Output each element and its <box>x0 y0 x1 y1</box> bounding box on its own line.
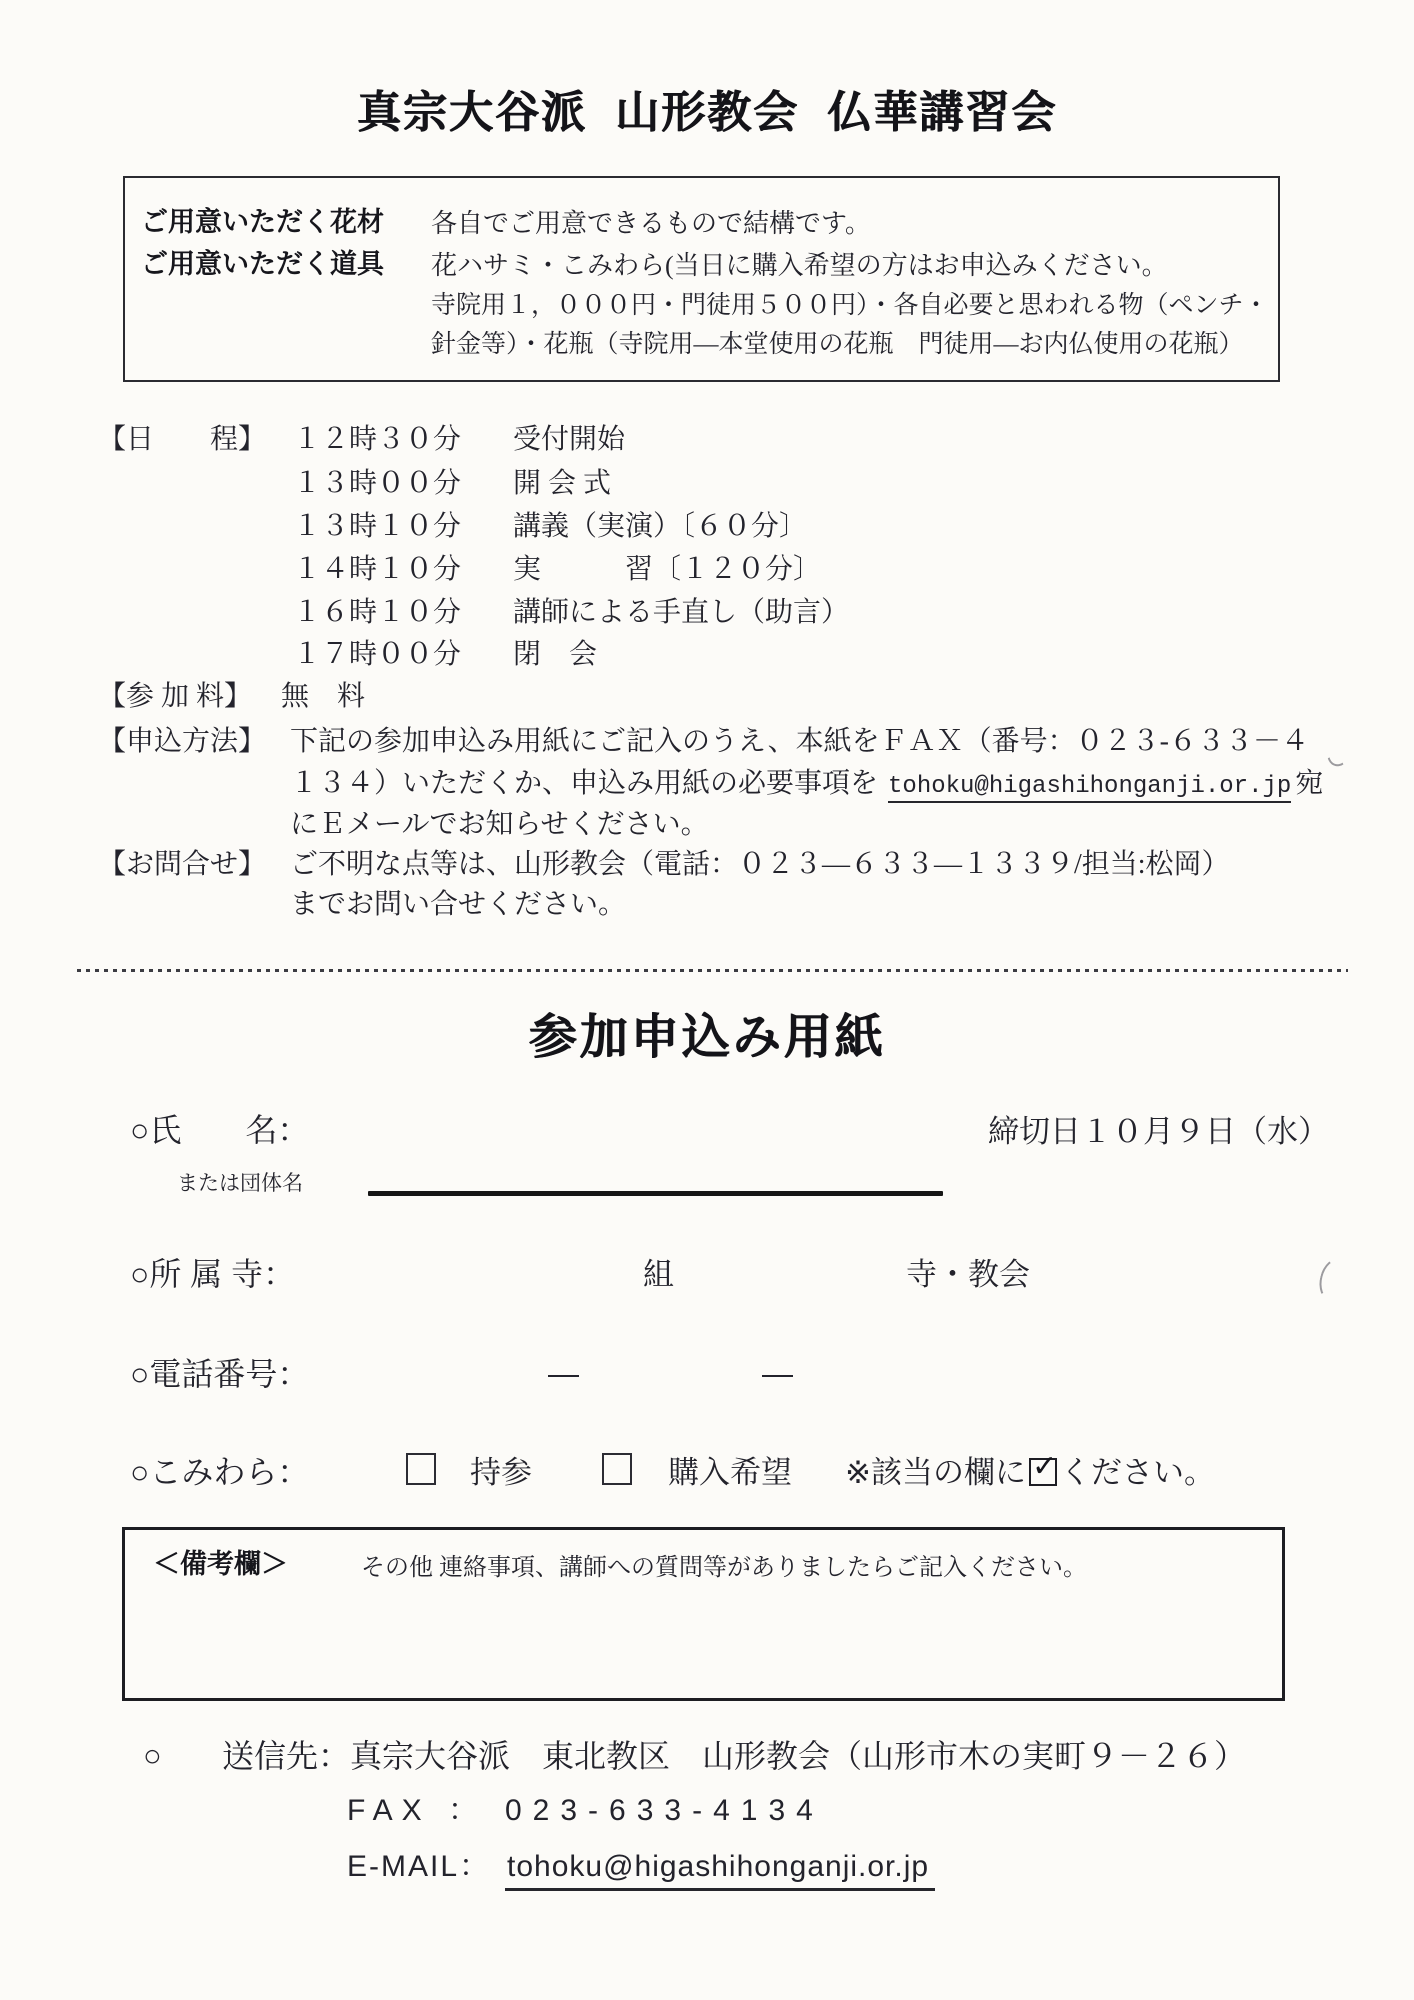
scan-artifact <box>1322 726 1360 771</box>
temple-unit-tera: 寺・教会 <box>906 1257 1030 1293</box>
materials-row3-text: 寺院用１，０００円・門徒用５００円）・各自必要と思われる物（ペンチ・ <box>431 292 1269 321</box>
schedule-item: 講師による手直し（助言） <box>513 597 849 629</box>
schedule-time: １３時００分 <box>293 468 461 500</box>
schedule-item: 開 会 式 <box>513 468 611 500</box>
materials-row1-text: 各自でご用意できるもので結構です。 <box>431 209 871 239</box>
inquiry-label: 【お問合せ】 <box>98 849 266 881</box>
cut-line-separator <box>77 969 1348 972</box>
schedule-time: １７時００分 <box>293 639 461 671</box>
name-alt-label: または団体名 <box>177 1172 303 1196</box>
apply-line3: にＥメールでお知らせください。 <box>290 809 709 841</box>
remarks-instruction: その他 連絡事項、講師への質問等がありましたらご記入ください。 <box>361 1555 1087 1583</box>
remarks-box: ＜備考欄＞ その他 連絡事項、講師への質問等がありましたらご記入ください。 <box>122 1527 1285 1701</box>
materials-row2-label: ご用意いただく道具 <box>141 249 384 280</box>
checkbox-instruction: ※該当の欄に✓ください。 <box>845 1455 1215 1491</box>
materials-box: ご用意いただく花材 各自でご用意できるもので結構です。 ご用意いただく道具 花ハ… <box>123 176 1280 382</box>
phone-field-label: ○電話番号： <box>130 1356 309 1393</box>
schedule-item: 講義（実演）〔６０分〕 <box>513 511 807 543</box>
schedule-item: 受付開始 <box>513 424 625 456</box>
materials-row2-text: 花ハサミ・こみわら(当日に購入希望の方はお申込みください。 <box>431 251 1168 281</box>
instruction-post: ください。 <box>1060 1455 1215 1490</box>
apply-line2-pre: １３４）いただくか、申込み用紙の必要事項を <box>290 768 878 799</box>
scan-artifact <box>1315 1255 1355 1305</box>
option-bring-label: 持参 <box>470 1455 532 1491</box>
komiwara-field-label: ○こみわら： <box>130 1454 309 1491</box>
destination-mark: ○ <box>143 1738 162 1774</box>
schedule-time: １６時１０分 <box>293 597 461 629</box>
apply-line2: １３４）いただくか、申込み用紙の必要事項をtohoku@higashihonga… <box>290 768 1323 801</box>
instruction-pre: ※該当の欄に <box>845 1455 1026 1490</box>
name-write-line <box>368 1191 943 1196</box>
schedule-time: １２時３０分 <box>293 424 461 456</box>
temple-unit-kumi: 組 <box>643 1257 674 1293</box>
option-buy-label: 購入希望 <box>668 1455 792 1491</box>
form-title: 参加申込み用紙 <box>0 1010 1414 1065</box>
schedule-time: １４時１０分 <box>293 554 461 586</box>
phone-dash: ― <box>762 1356 793 1392</box>
apply-line2-suffix: 宛 <box>1295 768 1323 799</box>
schedule-item: 閉 会 <box>513 639 597 671</box>
checked-checkbox-sample: ✓ <box>1029 1458 1057 1486</box>
fax-label: FAX ： <box>347 1794 487 1829</box>
inquiry-line1: ご不明な点等は、山形教会（電話：０２３―６３３―１３３９/担当:松岡） <box>290 849 1230 881</box>
document-title: 真宗大谷派 山形教会 仏華講習会 <box>0 88 1414 139</box>
schedule-time: １３時１０分 <box>293 511 461 543</box>
email-address-footer: tohoku@higashihonganji.or.jp <box>505 1850 935 1891</box>
fax-number: 023-633-4134 <box>505 1794 824 1829</box>
apply-label: 【申込方法】 <box>98 726 266 758</box>
schedule-item: 実 習〔１２０分〕 <box>513 554 821 586</box>
destination-text: 送信先：真宗大谷派 東北教区 山形教会（山形市木の実町９－２６） <box>222 1738 1246 1775</box>
fee-value: 無 料 <box>281 681 365 713</box>
apply-line1: 下記の参加申込み用紙にご記入のうえ、本紙をＦＡＸ（番号：０２３-６３３－４ <box>290 726 1309 758</box>
purchase-checkbox <box>602 1453 632 1485</box>
check-mark-icon: ✓ <box>1032 1452 1057 1482</box>
materials-row4-text: 針金等）・花瓶（寺院用―本堂使用の花瓶 門徒用―お内仏使用の花瓶） <box>431 331 1244 360</box>
email-label: E-MAIL： <box>347 1850 491 1885</box>
temple-field-label: ○所 属 寺： <box>130 1256 295 1293</box>
remarks-label: ＜備考欄＞ <box>153 1549 288 1580</box>
email-address: tohoku@higashihonganji.or.jp <box>888 773 1291 803</box>
name-field-label: ○氏 名： <box>130 1112 309 1149</box>
materials-row1-label: ご用意いただく花材 <box>141 207 384 238</box>
scanned-document-page: 真宗大谷派 山形教会 仏華講習会 ご用意いただく花材 各自でご用意できるもので結… <box>0 0 1414 2000</box>
inquiry-line2: までお問い合せください。 <box>290 889 626 921</box>
bring-checkbox <box>406 1453 436 1485</box>
phone-dash: ― <box>548 1356 579 1392</box>
deadline-note: 締切日１０月９日（水） <box>988 1114 1329 1150</box>
schedule-label: 【日 程】 <box>98 424 266 456</box>
fee-label: 【参 加 料】 <box>98 681 252 713</box>
